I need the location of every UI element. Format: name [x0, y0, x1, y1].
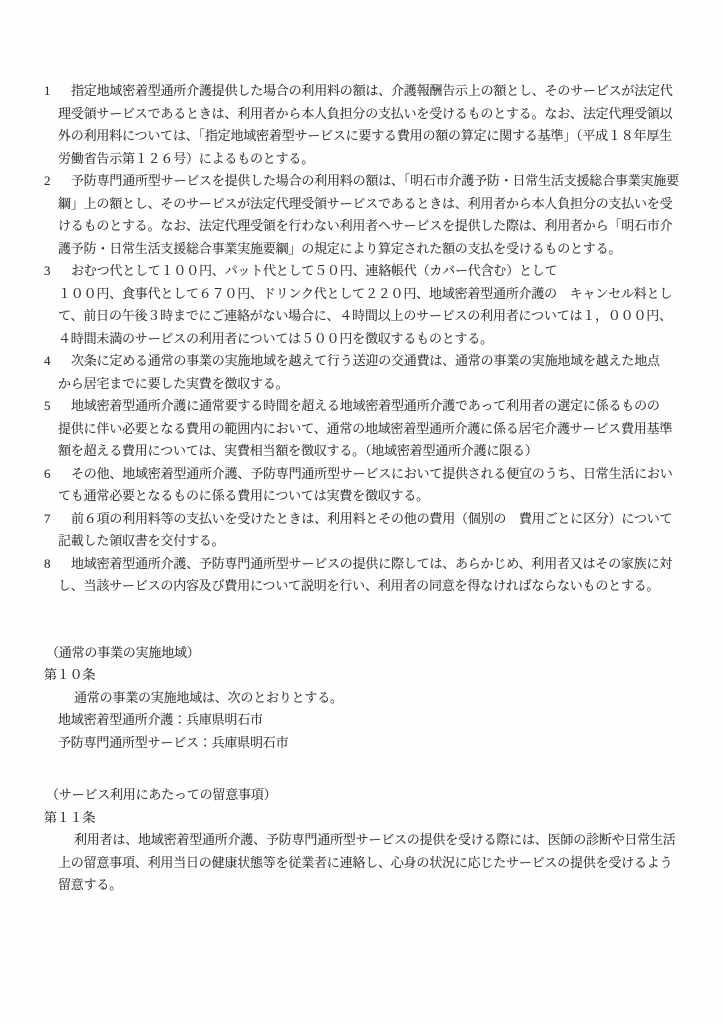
item-number: 4	[44, 350, 71, 373]
item-number: 1	[44, 80, 71, 103]
article-number: 第１０条	[44, 664, 709, 687]
item-text: 予防専門通所型サービスを提供した場合の利用料の額は、「明石市介護予防・日常生活支…	[71, 173, 679, 188]
item-4-first-line: 4次条に定める通常の事業の実施地域を越えて行う送迎の交通費は、通常の事業の実施地…	[44, 350, 709, 373]
item-6-cont-line: ても通常必要となるものに係る費用については実費を徴収する。	[44, 485, 709, 508]
item-3-cont-line: て、前日の午後３時までにご連絡がない場合に、４時間以上のサービスの利用者について…	[44, 305, 709, 328]
item-2-cont-line: けるものとする。なお、法定代理受領を行わない利用者へサービスを提供した際は、利用…	[44, 215, 709, 238]
fee-items-list: 1指定地域密着型通所介護提供した場合の利用料の額は、介護報酬告示上の額とし、その…	[44, 80, 709, 598]
section-line: 地域密着型通所介護：兵庫県明石市	[44, 709, 709, 732]
item-3-first-line: 3おむつ代として１００円、パット代として５０円、連絡帳代（カバー代含む）として	[44, 260, 709, 283]
item-2-cont-line: 護予防・日常生活支援総合事業実施要綱」の規定により算定された額の支払を受けるもの…	[44, 238, 709, 261]
item-number: 8	[44, 553, 71, 576]
item-3-cont-line: ４時間未満のサービスの利用者については５００円を徴収するものとする。	[44, 328, 709, 351]
item-5-cont-line: 提供に伴い必要となる費用の範囲内において、通常の地域密着型通所介護に係る居宅介護…	[44, 418, 709, 441]
item-number: 5	[44, 395, 71, 418]
item-5-first-line: 5地域密着型通所介護に通常要する時間を超える地域密着型通所介護であって利用者の選…	[44, 395, 709, 418]
item-7-first-line: 7前６項の利用料等の支払いを受けたときは、利用料とその他の費用（個別の 費用ごと…	[44, 508, 709, 531]
item-text: 地域密着型通所介護に通常要する時間を超える地域密着型通所介護であって利用者の選定…	[71, 398, 660, 413]
section-line: 通常の事業の実施地域は、次のとおりとする。	[44, 687, 709, 710]
item-1-first-line: 1指定地域密着型通所介護提供した場合の利用料の額は、介護報酬告示上の額とし、その…	[44, 80, 709, 103]
item-number: 6	[44, 463, 71, 486]
section-business-area: （通常の事業の実施地域） 第１０条 通常の事業の実施地域は、次のとおりとする。地…	[44, 642, 709, 755]
item-number: 3	[44, 260, 71, 283]
item-8-cont-line: し、当該サービスの内容及び費用について説明を行い、利用者の同意を得なければならな…	[44, 575, 709, 598]
item-5-cont-line: 額を超える費用については、実費相当額を徴収する。（地域密着型通所介護に限る）	[44, 440, 709, 463]
item-2-cont-line: 綱」上の額とし、そのサービスが法定代理受領サービスであるときは、利用者から本人負…	[44, 193, 709, 216]
item-number: 7	[44, 508, 71, 531]
article-number: 第１１条	[44, 807, 709, 830]
item-1-cont-line: 労働省告示第１２６号）によるものとする。	[44, 148, 709, 171]
item-text: 地域密着型通所介護、予防専門通所型サービスの提供に際しては、あらかじめ、利用者又…	[71, 556, 672, 571]
section-lines: 利用者は、地域密着型通所介護、予防専門通所型サービスの提供を受ける際には、医師の…	[44, 829, 709, 897]
section-line: 上の留意事項、利用当日の健康状態等を従業者に連絡し、心身の状況に応じたサービスの…	[44, 852, 709, 875]
item-3-cont-line: １００円、食事代として６７０円、ドリンク代として２２０円、地域密着型通所介護の …	[44, 283, 709, 306]
item-text: 前６項の利用料等の支払いを受けたときは、利用料とその他の費用（個別の 費用ごとに…	[71, 511, 672, 526]
item-text: その他、地域密着型通所介護、予防専門通所型サービスにおいて提供される便宜のうち、…	[71, 466, 673, 481]
item-7-cont-line: 記載した領収書を交付する。	[44, 530, 709, 553]
item-4-cont-line: から居宅までに要した実費を徴収する。	[44, 373, 709, 396]
section-line: 留意する。	[44, 874, 709, 897]
scanned-document-page: 1指定地域密着型通所介護提供した場合の利用料の額は、介護報酬告示上の額とし、その…	[0, 0, 723, 1024]
section-lines: 通常の事業の実施地域は、次のとおりとする。地域密着型通所介護：兵庫県明石市予防専…	[44, 687, 709, 755]
item-number: 2	[44, 170, 71, 193]
item-8-first-line: 8地域密着型通所介護、予防専門通所型サービスの提供に際しては、あらかじめ、利用者…	[44, 553, 709, 576]
section-heading: （サービス利用にあたっての留意事項）	[44, 784, 709, 807]
item-2-first-line: 2予防専門通所型サービスを提供した場合の利用料の額は、「明石市介護予防・日常生活…	[44, 170, 709, 193]
item-6-first-line: 6その他、地域密着型通所介護、予防専門通所型サービスにおいて提供される便宜のうち…	[44, 463, 709, 486]
section-usage-notes: （サービス利用にあたっての留意事項） 第１１条 利用者は、地域密着型通所介護、予…	[44, 784, 709, 897]
item-1-cont-line: 理受領サービスであるときは、利用者から本人負担分の支払いを受けるものとする。なお…	[44, 103, 709, 126]
item-text: おむつ代として１００円、パット代として５０円、連絡帳代（カバー代含む）として	[71, 263, 557, 278]
item-text: 次条に定める通常の事業の実施地域を越えて行う送迎の交通費は、通常の事業の実施地域…	[71, 353, 660, 368]
item-text: 指定地域密着型通所介護提供した場合の利用料の額は、介護報酬告示上の額とし、そのサ…	[71, 83, 673, 98]
item-1-cont-line: 外の利用料については、「指定地域密着型サービスに要する費用の額の算定に関する基準…	[44, 125, 709, 148]
section-line: 予防専門通所型サービス：兵庫県明石市	[44, 732, 709, 755]
section-line: 利用者は、地域密着型通所介護、予防専門通所型サービスの提供を受ける際には、医師の…	[44, 829, 709, 852]
document-body: 1指定地域密着型通所介護提供した場合の利用料の額は、介護報酬告示上の額とし、その…	[44, 80, 709, 897]
section-heading: （通常の事業の実施地域）	[44, 642, 709, 665]
